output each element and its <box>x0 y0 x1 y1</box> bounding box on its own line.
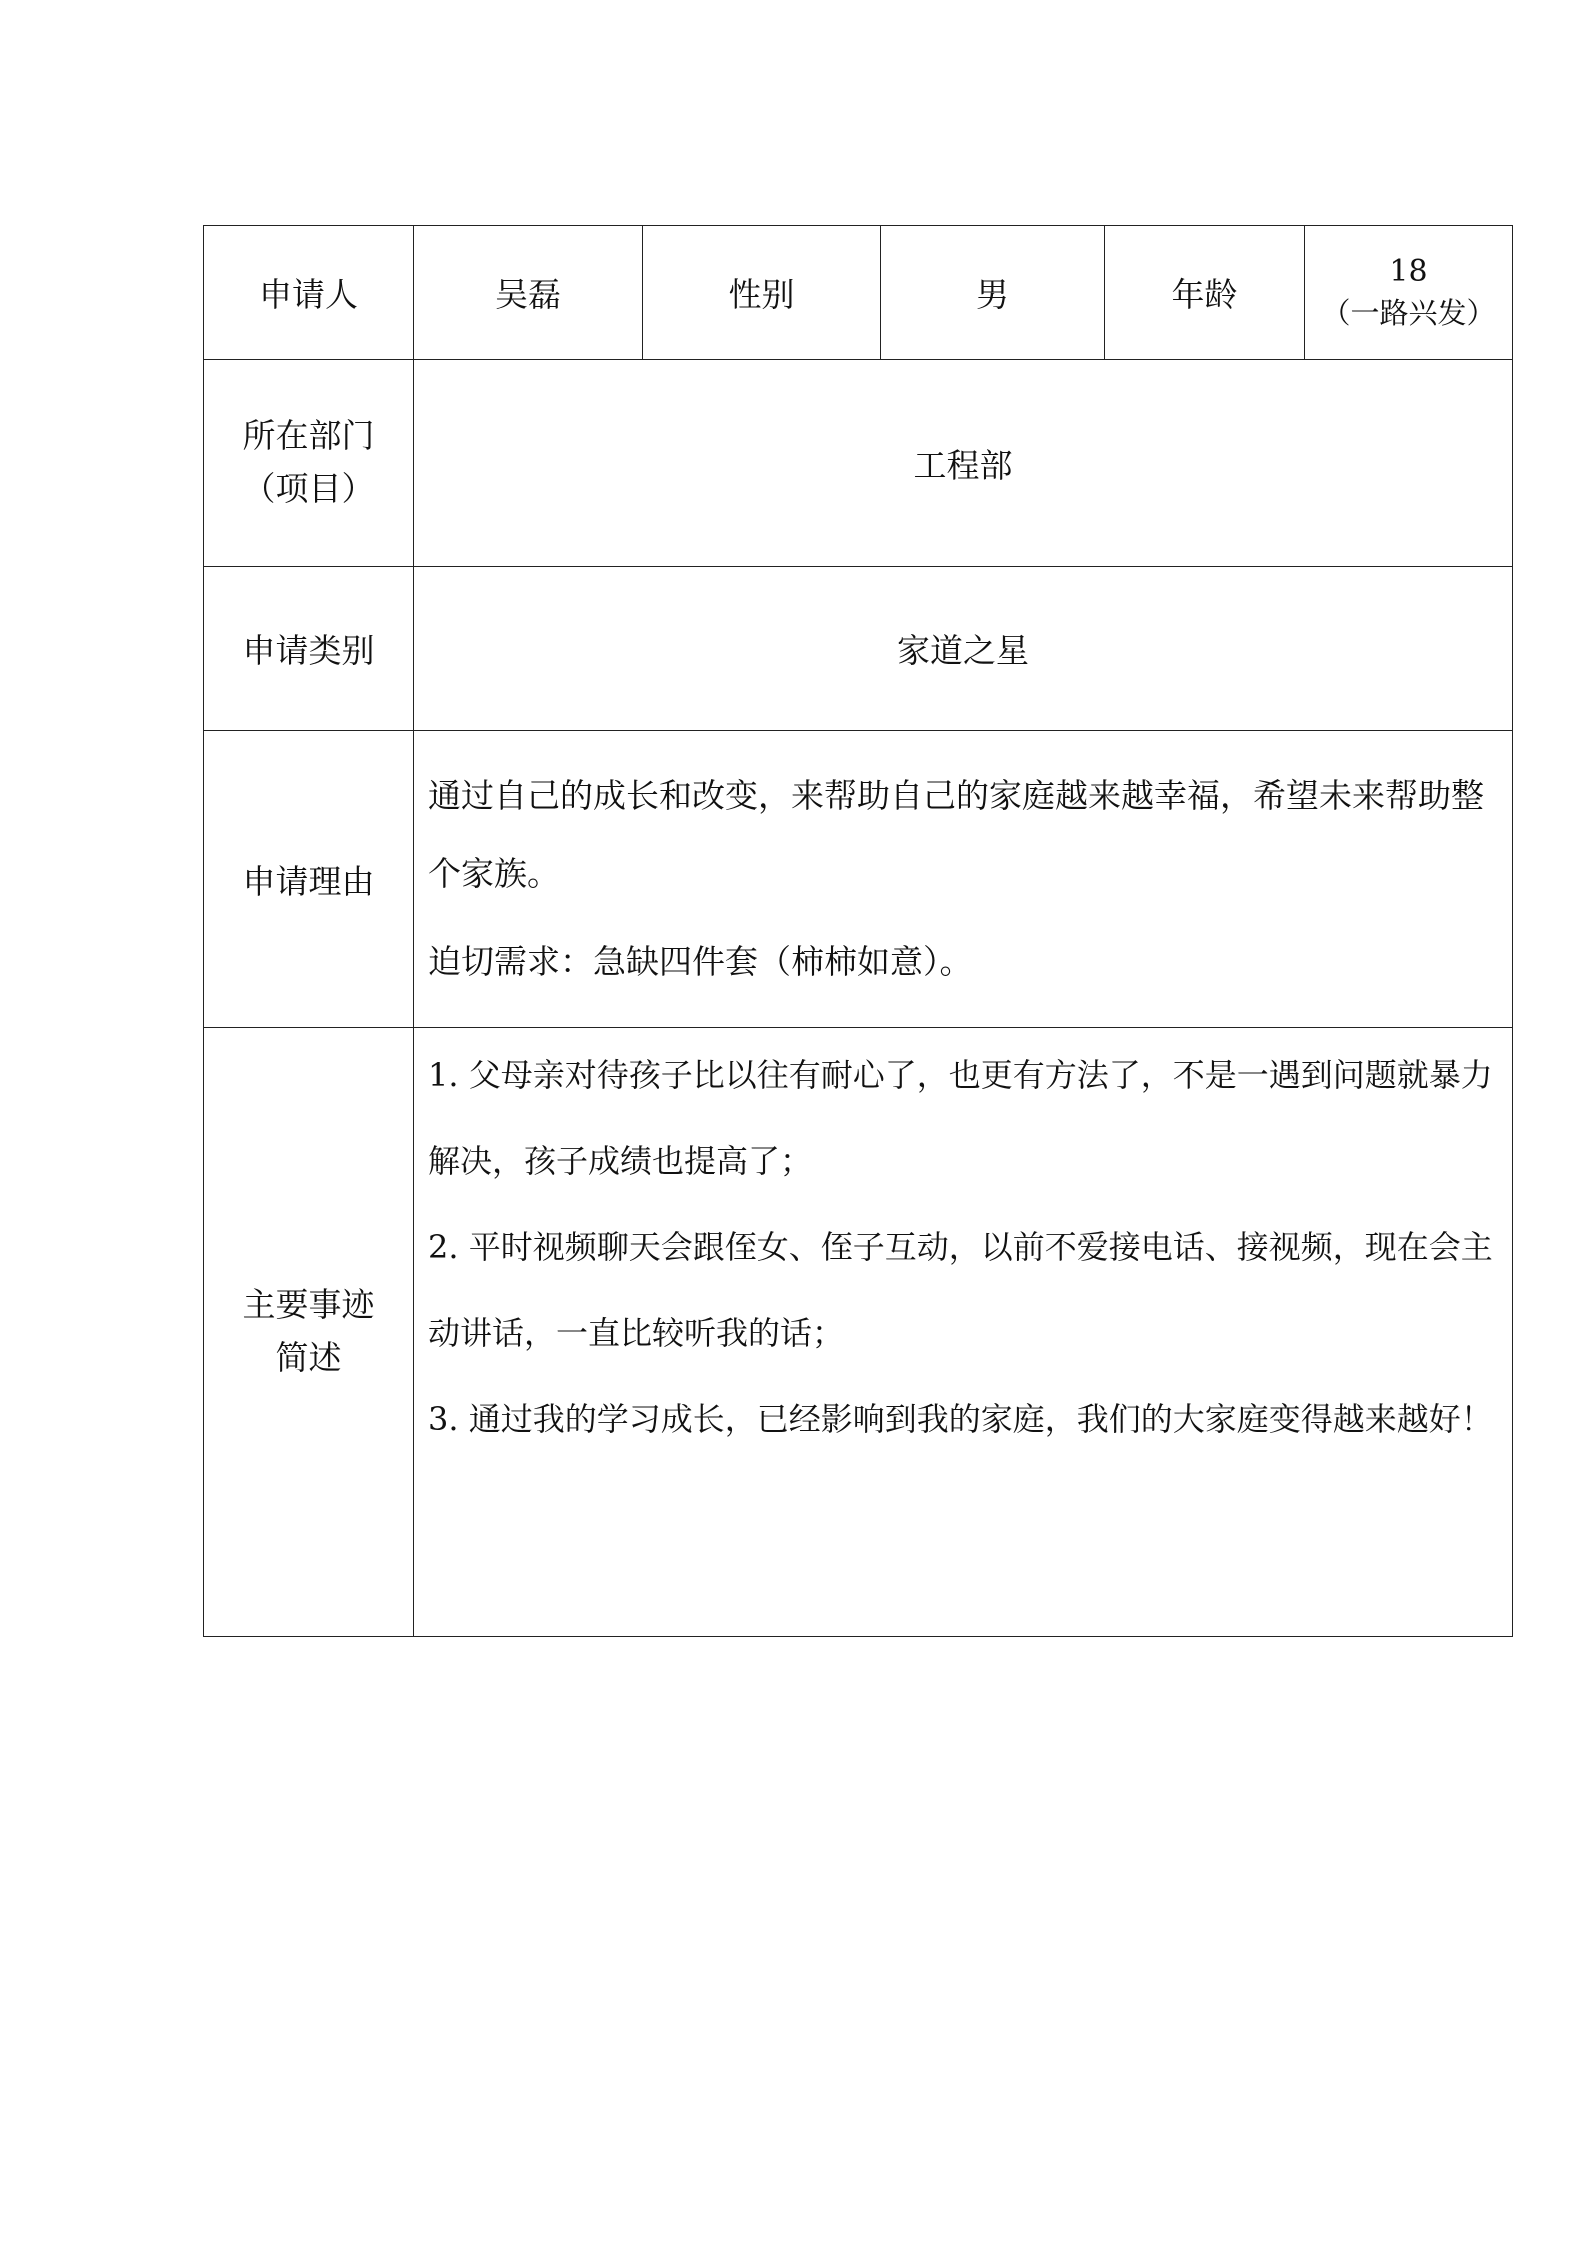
gender-label: 性别 <box>643 226 881 360</box>
age-note: （一路兴发） <box>1305 293 1512 334</box>
reason-paragraph: 通过自己的成长和改变，来帮助自己的家庭越来越幸福，希望未来帮助整个家族。 <box>428 757 1498 913</box>
gender-value: 男 <box>881 226 1105 360</box>
row-reason: 申请理由 通过自己的成长和改变，来帮助自己的家庭越来越幸福，希望未来帮助整个家族… <box>204 731 1513 1028</box>
deed-item: 2. 平时视频聊天会跟侄女、侄子互动，以前不爱接电话、接视频，现在会主动讲话，一… <box>428 1204 1498 1376</box>
row-department: 所在部门 （项目） 工程部 <box>204 360 1513 567</box>
reason-label: 申请理由 <box>204 731 414 1028</box>
deed-item: 1. 父母亲对待孩子比以往有耐心了，也更有方法了，不是一遇到问题就暴力解决，孩子… <box>428 1032 1498 1204</box>
reason-content: 通过自己的成长和改变，来帮助自己的家庭越来越幸福，希望未来帮助整个家族。 迫切需… <box>414 731 1513 1028</box>
department-value: 工程部 <box>414 360 1513 567</box>
category-value: 家道之星 <box>414 567 1513 731</box>
reason-paragraph: 迫切需求：急缺四件套（柿柿如意）。 <box>428 923 1498 1001</box>
age-label: 年龄 <box>1105 226 1305 360</box>
age-cell: 18 （一路兴发） <box>1305 226 1513 360</box>
deeds-content: 1. 父母亲对待孩子比以往有耐心了，也更有方法了，不是一遇到问题就暴力解决，孩子… <box>414 1028 1513 1637</box>
row-deeds: 主要事迹 简述 1. 父母亲对待孩子比以往有耐心了，也更有方法了，不是一遇到问题… <box>204 1028 1513 1637</box>
application-form-table: 申请人 吴磊 性别 男 年龄 18 （一路兴发） 所在部门 （项目） 工程部 申… <box>203 225 1513 1637</box>
deeds-label: 主要事迹 简述 <box>204 1028 414 1637</box>
row-category: 申请类别 家道之星 <box>204 567 1513 731</box>
applicant-label: 申请人 <box>204 226 414 360</box>
applicant-name: 吴磊 <box>414 226 643 360</box>
deed-item: 3. 通过我的学习成长，已经影响到我的家庭，我们的大家庭变得越来越好！ <box>428 1376 1498 1462</box>
category-label: 申请类别 <box>204 567 414 731</box>
department-label: 所在部门 （项目） <box>204 360 414 567</box>
age-value: 18 <box>1305 251 1512 293</box>
row-applicant: 申请人 吴磊 性别 男 年龄 18 （一路兴发） <box>204 226 1513 360</box>
